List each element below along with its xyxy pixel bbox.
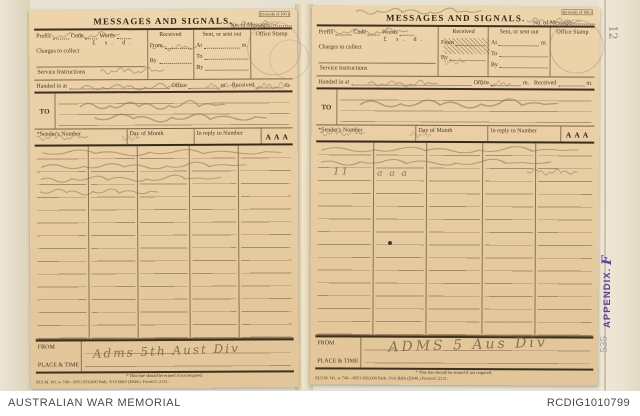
handwriting-scrawl	[38, 187, 160, 198]
appendix-letter: F	[600, 255, 615, 265]
handwriting-scrawl	[99, 66, 165, 76]
archive-id: RCDIG1010799	[547, 397, 630, 409]
handwriting-scrawl	[366, 79, 438, 89]
appendix-stamp: APPENDIX. F	[600, 228, 615, 328]
handwriting-scrawl	[444, 57, 466, 67]
handwriting-scrawl	[409, 130, 431, 140]
handwriting-from-line: ADMS 5 Aus Div	[388, 335, 548, 356]
handwriting-scrawl	[526, 167, 578, 177]
handwriting-scrawl	[122, 133, 140, 143]
handwriting-scrawl	[479, 79, 511, 89]
left-form-handwriting-overlay: Adms 5th Aust Div	[29, 9, 299, 388]
right-form-handwriting-overlay: 11 a a a ADMS 5 Aus Div	[310, 6, 600, 385]
signal-form-left: MESSAGES AND SIGNALS. (In books of 100.)…	[29, 9, 299, 388]
crossed-out-field	[444, 38, 490, 54]
handwriting-scrawl	[92, 111, 270, 125]
folio-number: 535	[599, 336, 610, 353]
handwriting-scrawl	[227, 19, 279, 29]
signal-form-right: MESSAGES AND SIGNALS. (In books of 100.)…	[310, 6, 600, 385]
paper-crease	[604, 0, 606, 391]
paper-edge-left	[0, 0, 30, 391]
handwriting-scrawl	[77, 99, 227, 113]
handwriting-scrawl	[38, 147, 286, 158]
handwriting-scrawl	[38, 174, 224, 185]
handwriting-scrawl	[43, 30, 121, 40]
postmark-stamp	[550, 19, 604, 73]
handwriting-scrawl	[151, 43, 197, 53]
handwriting-scrawl	[354, 7, 484, 18]
handwriting-scrawl	[317, 157, 555, 168]
handwriting-scrawl	[36, 132, 90, 142]
page-number-pencil: 12	[607, 26, 620, 40]
handwriting-scrawl	[317, 144, 583, 155]
handwriting-from-line: Adms 5th Aust Div	[93, 341, 241, 361]
document-scan: MESSAGES AND SIGNALS. (In books of 100.)…	[0, 0, 640, 416]
postmark-stamp	[269, 39, 309, 79]
handwriting-scrawl	[319, 128, 365, 138]
handwriting-scrawl	[38, 161, 250, 172]
handwriting-scrawl	[356, 97, 561, 112]
archive-title: AUSTRALIAN WAR MEMORIAL	[8, 397, 181, 409]
handwriting-scrawl	[79, 82, 187, 93]
ink-dot	[388, 241, 392, 245]
handwriting-body-number: 11	[333, 166, 350, 177]
handwriting-scrawl	[205, 82, 239, 92]
handwriting-scrawl	[326, 26, 410, 36]
archive-caption-bar: AUSTRALIAN WAR MEMORIAL RCDIG1010799	[0, 391, 640, 416]
handwriting-scrawl	[251, 81, 291, 91]
handwriting-body-aaa: a a a	[377, 169, 409, 179]
handwriting-scrawl	[526, 16, 582, 26]
